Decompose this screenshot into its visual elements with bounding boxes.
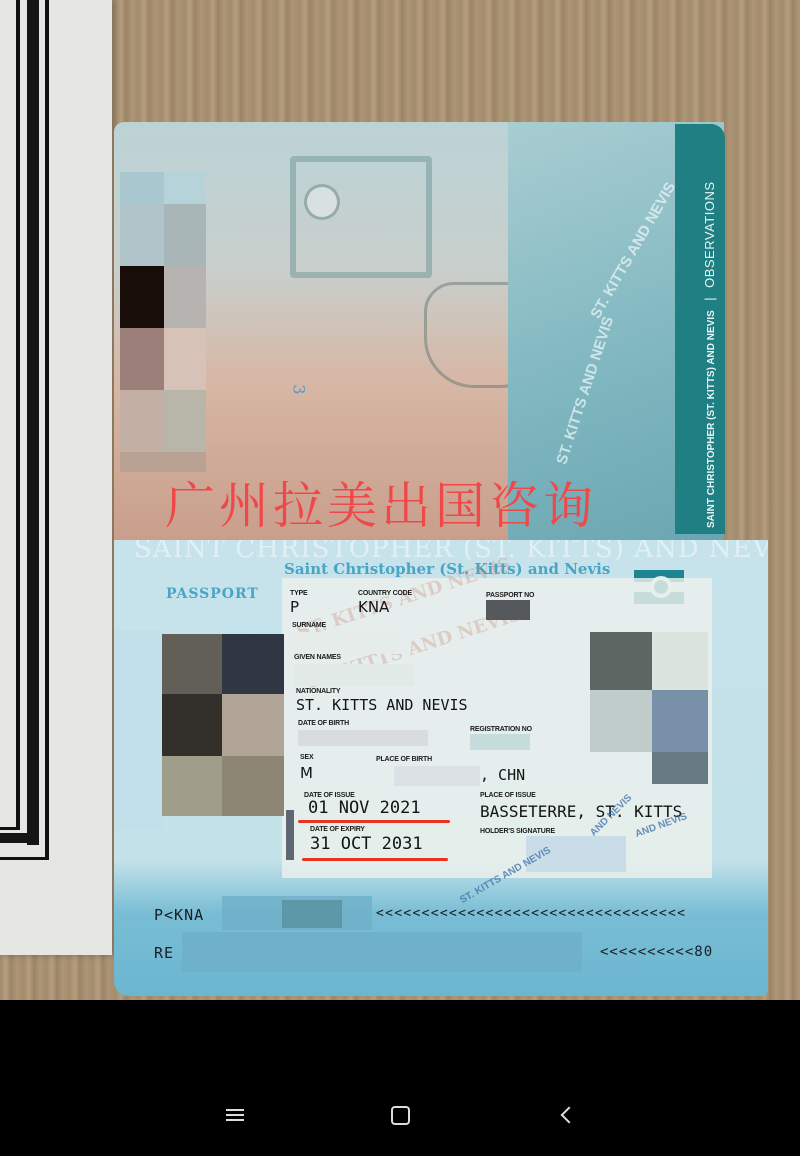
redacted-ghost-photo-block [590,690,652,752]
back-icon[interactable] [552,1100,582,1130]
border-line [27,0,39,845]
border-line [45,0,49,860]
redacted-date-of-birth [298,730,428,746]
country-code-label: COUNTRY CODE [358,590,412,597]
redacted-ghost-photo-block [652,690,708,752]
redacted-photo-block [120,172,164,204]
mrz-line-1-start: P<KNA [154,906,204,924]
redacted-photo-block [164,204,206,266]
redacted-photo-block [222,694,284,756]
redacted-ghost-photo-block [652,632,708,690]
separator: | [702,297,717,300]
redacted-registration-no [470,734,530,750]
section-title: OBSERVATIONS [702,181,717,287]
certificate-paper [0,0,112,955]
mrz-line-2-start: RE [154,944,174,962]
date-of-expiry-value: 31 OCT 2031 [310,834,423,854]
redacted-mrz [182,932,582,972]
date-of-issue-value: 01 NOV 2021 [308,798,421,818]
redacted-photo-block [222,634,284,694]
border-line [16,0,20,830]
date-of-birth-label: DATE OF BIRTH [298,720,349,727]
security-watermark-text: ST. KITTS AND NEVIS [587,179,679,321]
redacted-photo-block [164,390,206,452]
type-value: P [290,598,299,616]
place-of-issue-label: PLACE OF ISSUE [480,792,536,799]
redacted-photo-block [120,328,164,390]
redacted-photo-block [162,634,222,694]
redacted-photo-block [286,810,294,860]
date-of-expiry-label: DATE OF EXPIRY [310,826,365,833]
security-watermark-text: ST. KITTS AND NEVIS [553,314,617,466]
redacted-ghost-photo-block [652,752,708,784]
country-code-value: KNA [358,598,389,616]
menu-icon[interactable] [220,1100,250,1130]
mrz-line-2-end: <<<<<<<<<<80 [600,944,713,960]
watermark-overlay-text: 广州拉美出国咨询 [165,476,597,536]
redacted-photo-block [120,266,164,328]
place-of-birth-value: , CHN [480,766,525,784]
android-navigation-bar [0,1000,800,1156]
redacted-given-names [294,664,414,686]
issue-date-highlight [298,820,450,823]
country-name: SAINT CHRISTOPHER (ST. KITTS) AND NEVIS [706,310,717,528]
border-line [0,833,39,843]
nationality-value: ST. KITTS AND NEVIS [296,696,468,714]
redacted-photo-block [120,204,164,266]
passport-no-label: PASSPORT NO [486,592,534,599]
registration-no-label: REGISTRATION NO [470,726,532,733]
redacted-photo-block [164,328,206,390]
sex-label: SEX [300,754,313,761]
home-icon[interactable] [385,1100,415,1130]
place-of-birth-label: PLACE OF BIRTH [376,756,432,763]
redacted-photo-block [114,630,164,830]
border-line [0,827,20,830]
data-page: SAINT CHRISTOPHER (ST. KITTS) AND NEVIS … [114,540,768,996]
place-of-issue-value: BASSETERRE, ST. KITTS [480,802,682,821]
side-strip-text: SAINT CHRISTOPHER (ST. KITTS) AND NEVIS … [701,128,719,528]
redacted-photo-block [162,756,222,816]
surname-label: SURNAME [292,622,326,629]
given-names-label: GIVEN NAMES [294,654,341,661]
redacted-photo-block [164,266,206,328]
passport: 3 ST. KITTS AND NEVIS ST. KITTS AND NEVI… [108,118,770,998]
redacted-photo-block [120,390,164,452]
border-line [0,857,49,860]
redacted-photo-block [222,756,284,816]
redacted-mrz [282,900,342,928]
redacted-passport-number [486,600,530,620]
page-number: 3 [290,384,309,394]
redacted-ghost-photo-block [590,632,652,690]
redacted-surname [292,632,402,654]
document-label: PASSPORT [166,586,259,602]
nationality-label: NATIONALITY [296,688,340,695]
redacted-photo-block [164,172,206,204]
type-label: TYPE [290,590,307,597]
holders-signature-label: HOLDER'S SIGNATURE [480,828,555,835]
expiry-date-highlight [302,858,448,861]
sex-value: M [300,764,313,782]
observations-side-strip: SAINT CHRISTOPHER (ST. KITTS) AND NEVIS … [675,124,725,534]
redacted-photo-block [120,452,206,472]
mrz-line-1-end: <<<<<<<<<<<<<<<<<<<<<<<<<<<<<<<<<< [376,906,686,921]
clock-icon [304,184,340,220]
redacted-place-of-birth [394,766,480,786]
redacted-photo-block [162,694,222,756]
